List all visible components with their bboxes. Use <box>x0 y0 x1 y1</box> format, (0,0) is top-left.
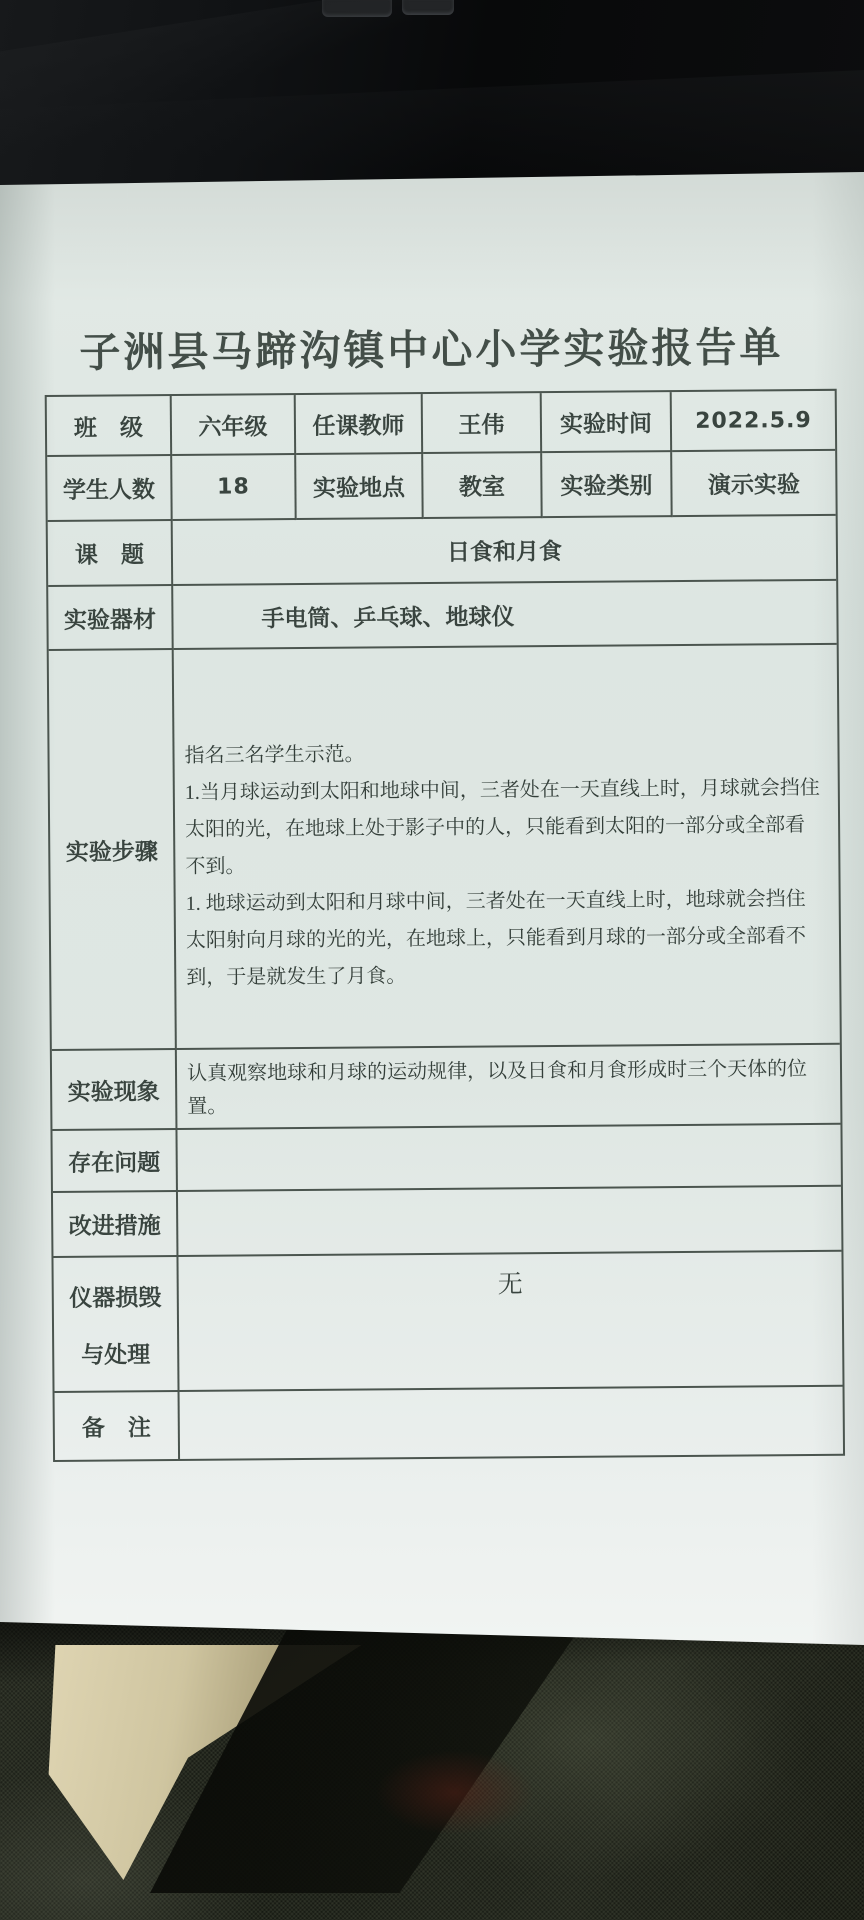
cell-type-value: 演示实验 <box>672 451 836 517</box>
fabric-stain <box>375 1750 535 1835</box>
cell-time-label: 实验时间 <box>542 392 672 453</box>
cell-teacher-value: 王伟 <box>423 393 542 454</box>
cell-problems-value <box>177 1125 840 1192</box>
steps-text: 指名三名学生示范。 1.当月球运动到太阳和地球中间，三者处在一天直线上时，月球就… <box>184 733 821 997</box>
cell-topic-value: 日食和月食 <box>173 516 836 586</box>
cell-students-value: 18 <box>172 455 297 521</box>
steps-paragraph: 1. 地球运动到太阳和月球中间，三者处在一天直线上时，地球就会挡住太阳射向月球的… <box>186 881 822 997</box>
steps-paragraph: 指名三名学生示范。 <box>184 733 819 775</box>
cell-location-label: 实验地点 <box>296 454 424 520</box>
cell-equipment-value: 手电筒、乒乓球、地球仪 <box>173 581 836 650</box>
cell-class-label: 班 级 <box>47 396 172 457</box>
cell-topic-label: 课 题 <box>48 521 174 587</box>
cell-remark-label: 备 注 <box>55 1392 181 1460</box>
cell-damage-value: 无 <box>178 1252 842 1392</box>
cell-steps-label: 实验步骤 <box>49 650 177 1051</box>
report-document: 子洲县马蹄沟镇中心小学实验报告单 班 级 六年级 任课教师 王伟 实验时间 20… <box>0 169 864 1652</box>
cell-damage-label: 仪器损毁 与处理 <box>53 1257 179 1393</box>
cell-students-label: 学生人数 <box>47 456 173 522</box>
damage-label-line1: 仪器损毁 <box>69 1279 161 1313</box>
cell-location-value: 教室 <box>423 453 543 519</box>
report-table: 班 级 六年级 任课教师 王伟 实验时间 2022.5.9 学生人数 18 实验… <box>45 389 845 1462</box>
cell-teacher-label: 任课教师 <box>296 394 423 455</box>
cell-remark-value <box>180 1387 844 1459</box>
cell-problems-label: 存在问题 <box>52 1130 177 1193</box>
cell-class-value: 六年级 <box>172 395 296 456</box>
cell-equipment-label: 实验器材 <box>48 586 173 651</box>
cell-improvement-label: 改进措施 <box>53 1192 179 1258</box>
cell-steps-value: 指名三名学生示范。 1.当月球运动到太阳和地球中间，三者处在一天直线上时，月球就… <box>174 645 840 1050</box>
damage-label-line2: 与处理 <box>81 1336 150 1370</box>
cell-type-label: 实验类别 <box>542 452 673 518</box>
cell-phenomenon-label: 实验现象 <box>52 1050 178 1131</box>
page-title: 子洲县马蹄沟镇中心小学实验报告单 <box>0 314 864 380</box>
cell-phenomenon-value: 认真观察地球和月球的运动规律，以及日食和月食形成时三个天体的位置。 <box>177 1045 841 1130</box>
paper-sheet: 子洲县马蹄沟镇中心小学实验报告单 班 级 六年级 任课教师 王伟 实验时间 20… <box>0 172 864 1648</box>
cell-time-value: 2022.5.9 <box>672 391 835 452</box>
steps-paragraph: 1.当月球运动到太阳和地球中间，三者处在一天直线上时，月球就会挡住太阳的光，在地… <box>185 770 821 886</box>
photo-scene: 子洲县马蹄沟镇中心小学实验报告单 班 级 六年级 任课教师 王伟 实验时间 20… <box>0 0 864 1920</box>
cell-improvement-value <box>178 1187 841 1257</box>
